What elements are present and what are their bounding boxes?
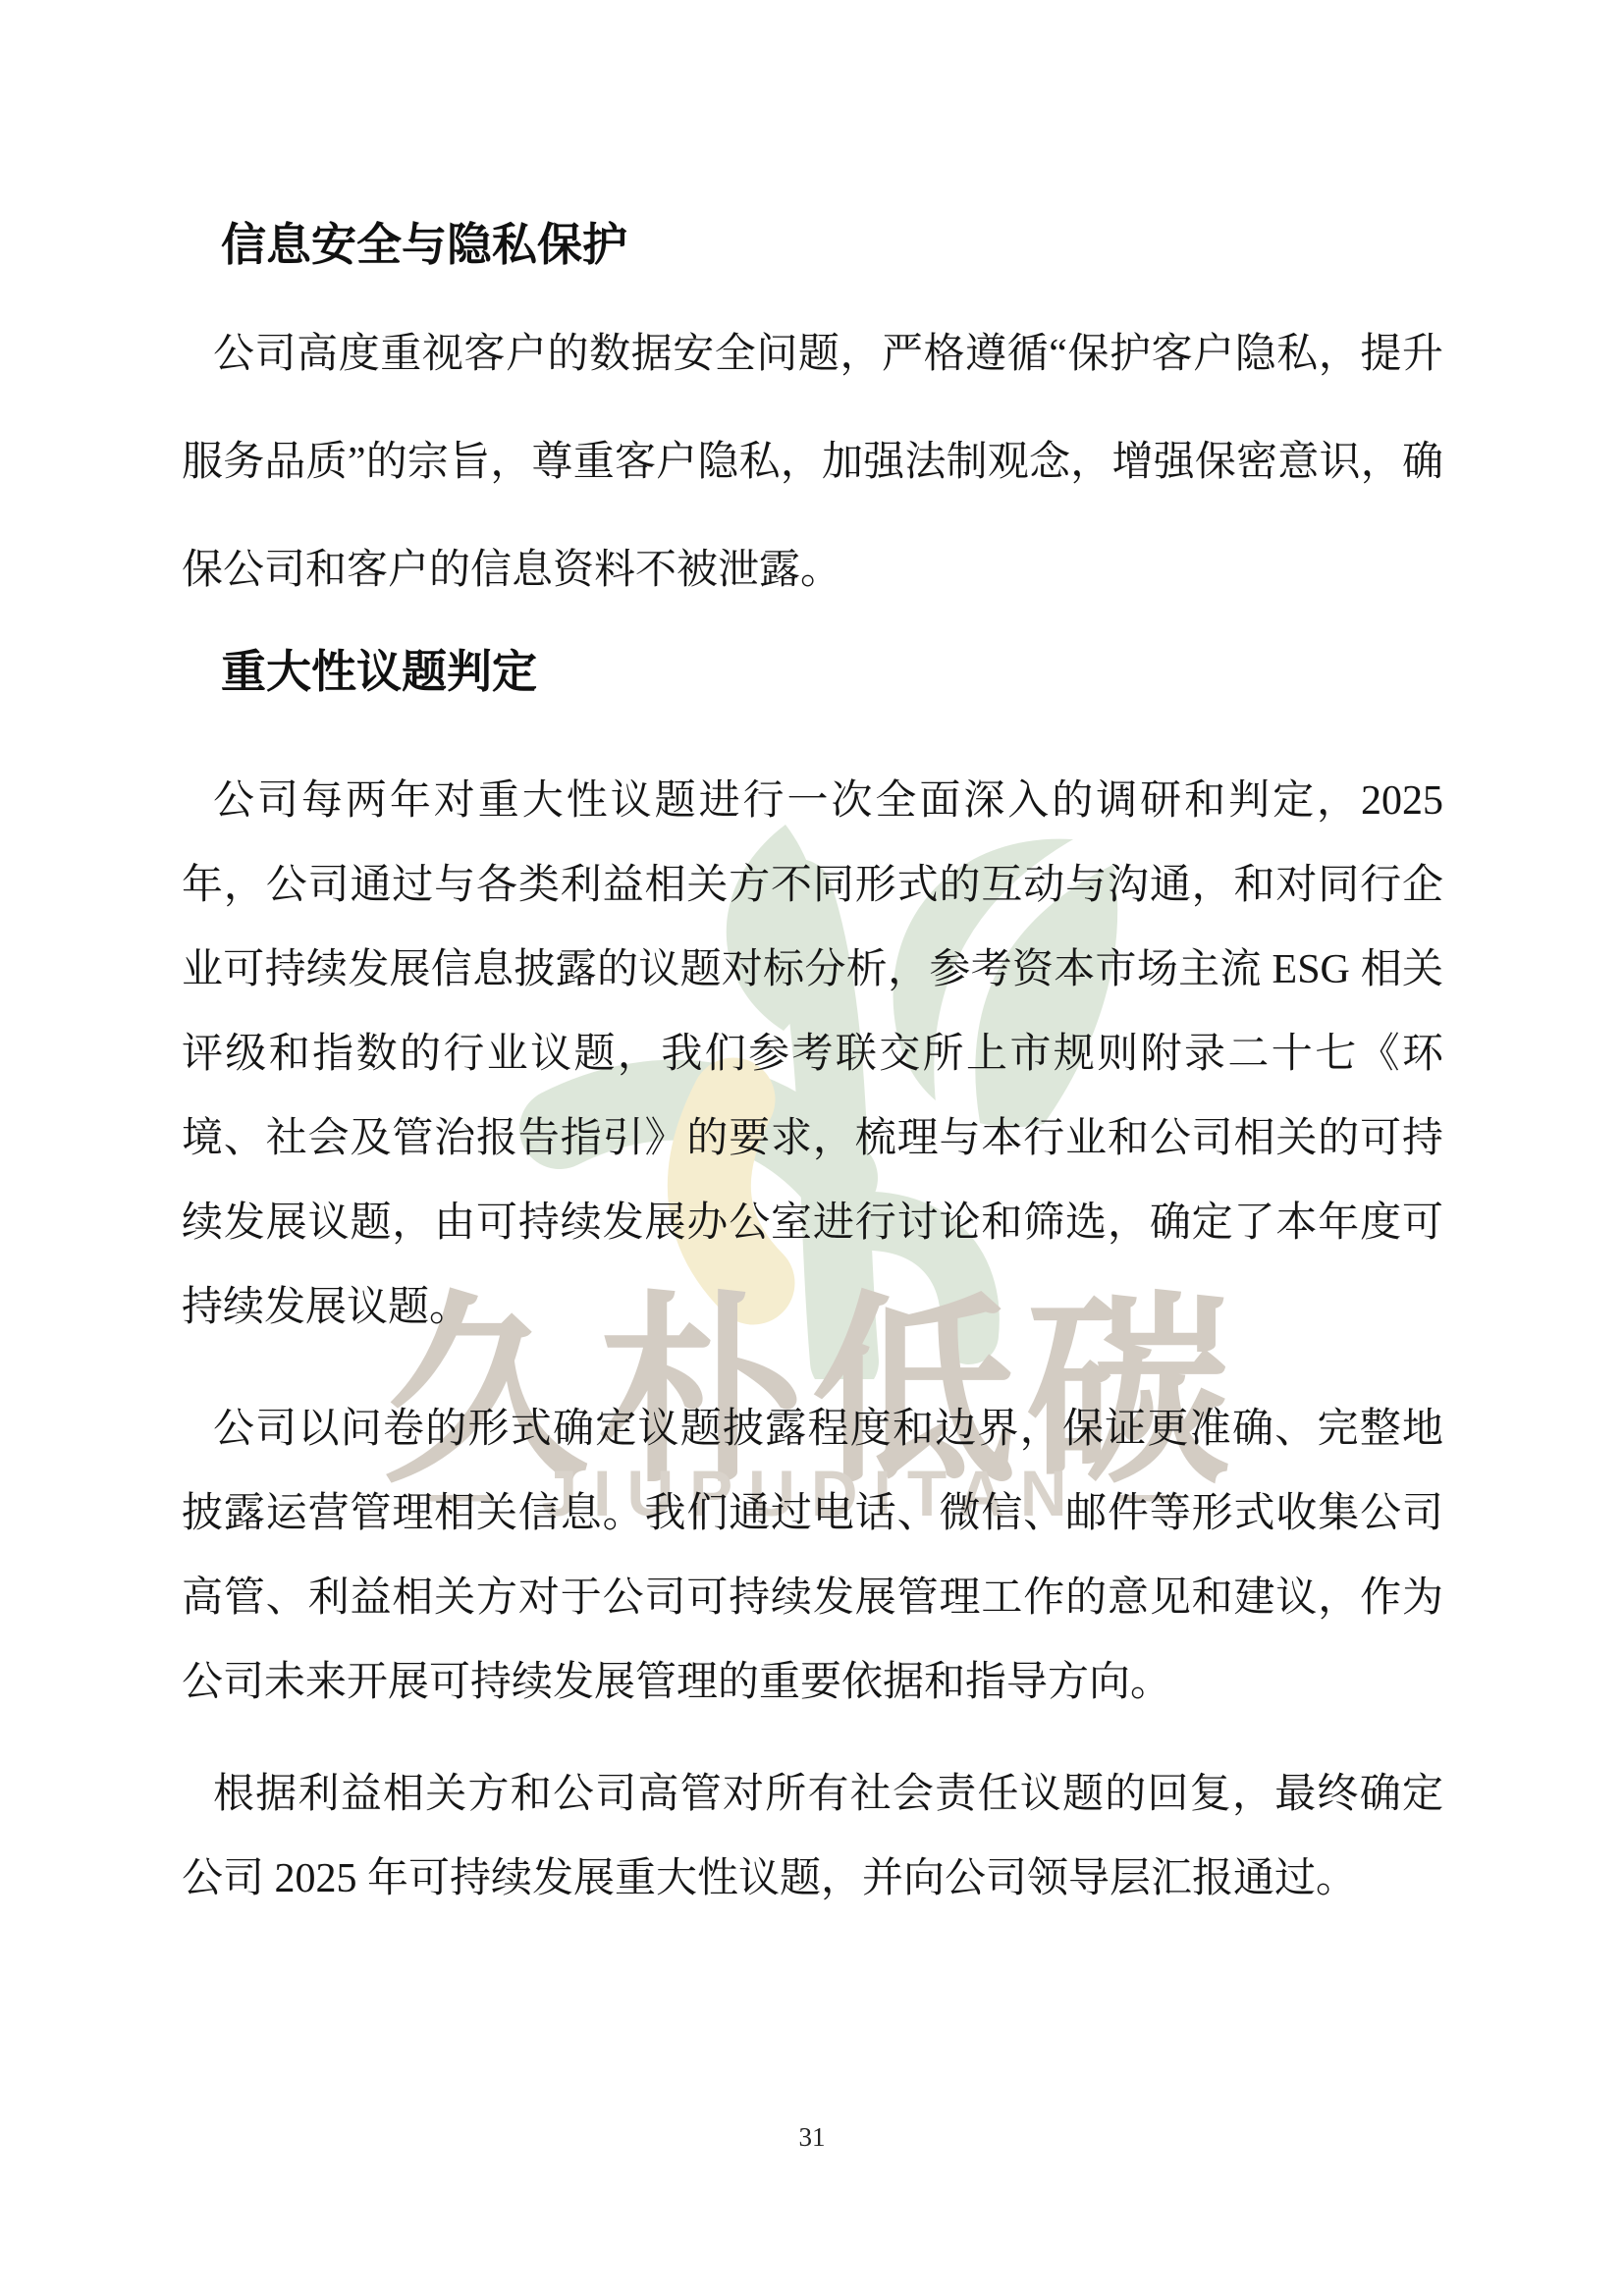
paragraph-information-security: 公司高度重视客户的数据安全问题，严格遵循“保护客户隐私，提升服务品质”的宗旨，尊… (182, 300, 1443, 624)
page-number: 31 (0, 2122, 1624, 2153)
section-heading-information-security: 信息安全与隐私保护 (221, 222, 1443, 267)
paragraph-final-confirmation: 根据利益相关方和公司高管对所有社会责任议题的回复，最终确定公司 2025 年可持… (182, 1752, 1443, 1921)
section-heading-materiality-assessment: 重大性议题判定 (221, 649, 1443, 694)
report-page: 久朴低碳 — JIUPUDITAN — 信息安全与隐私保护 公司高度重视客户的数… (0, 0, 1624, 2296)
page-content: 信息安全与隐私保护 公司高度重视客户的数据安全问题，严格遵循“保护客户隐私，提升… (0, 0, 1624, 1921)
paragraph-materiality-process: 公司每两年对重大性议题进行一次全面深入的调研和判定，2025 年，公司通过与各类… (182, 759, 1443, 1350)
paragraph-questionnaire-feedback: 公司以问卷的形式确定议题披露程度和边界，保证更准确、完整地披露运营管理相关信息。… (182, 1387, 1443, 1725)
